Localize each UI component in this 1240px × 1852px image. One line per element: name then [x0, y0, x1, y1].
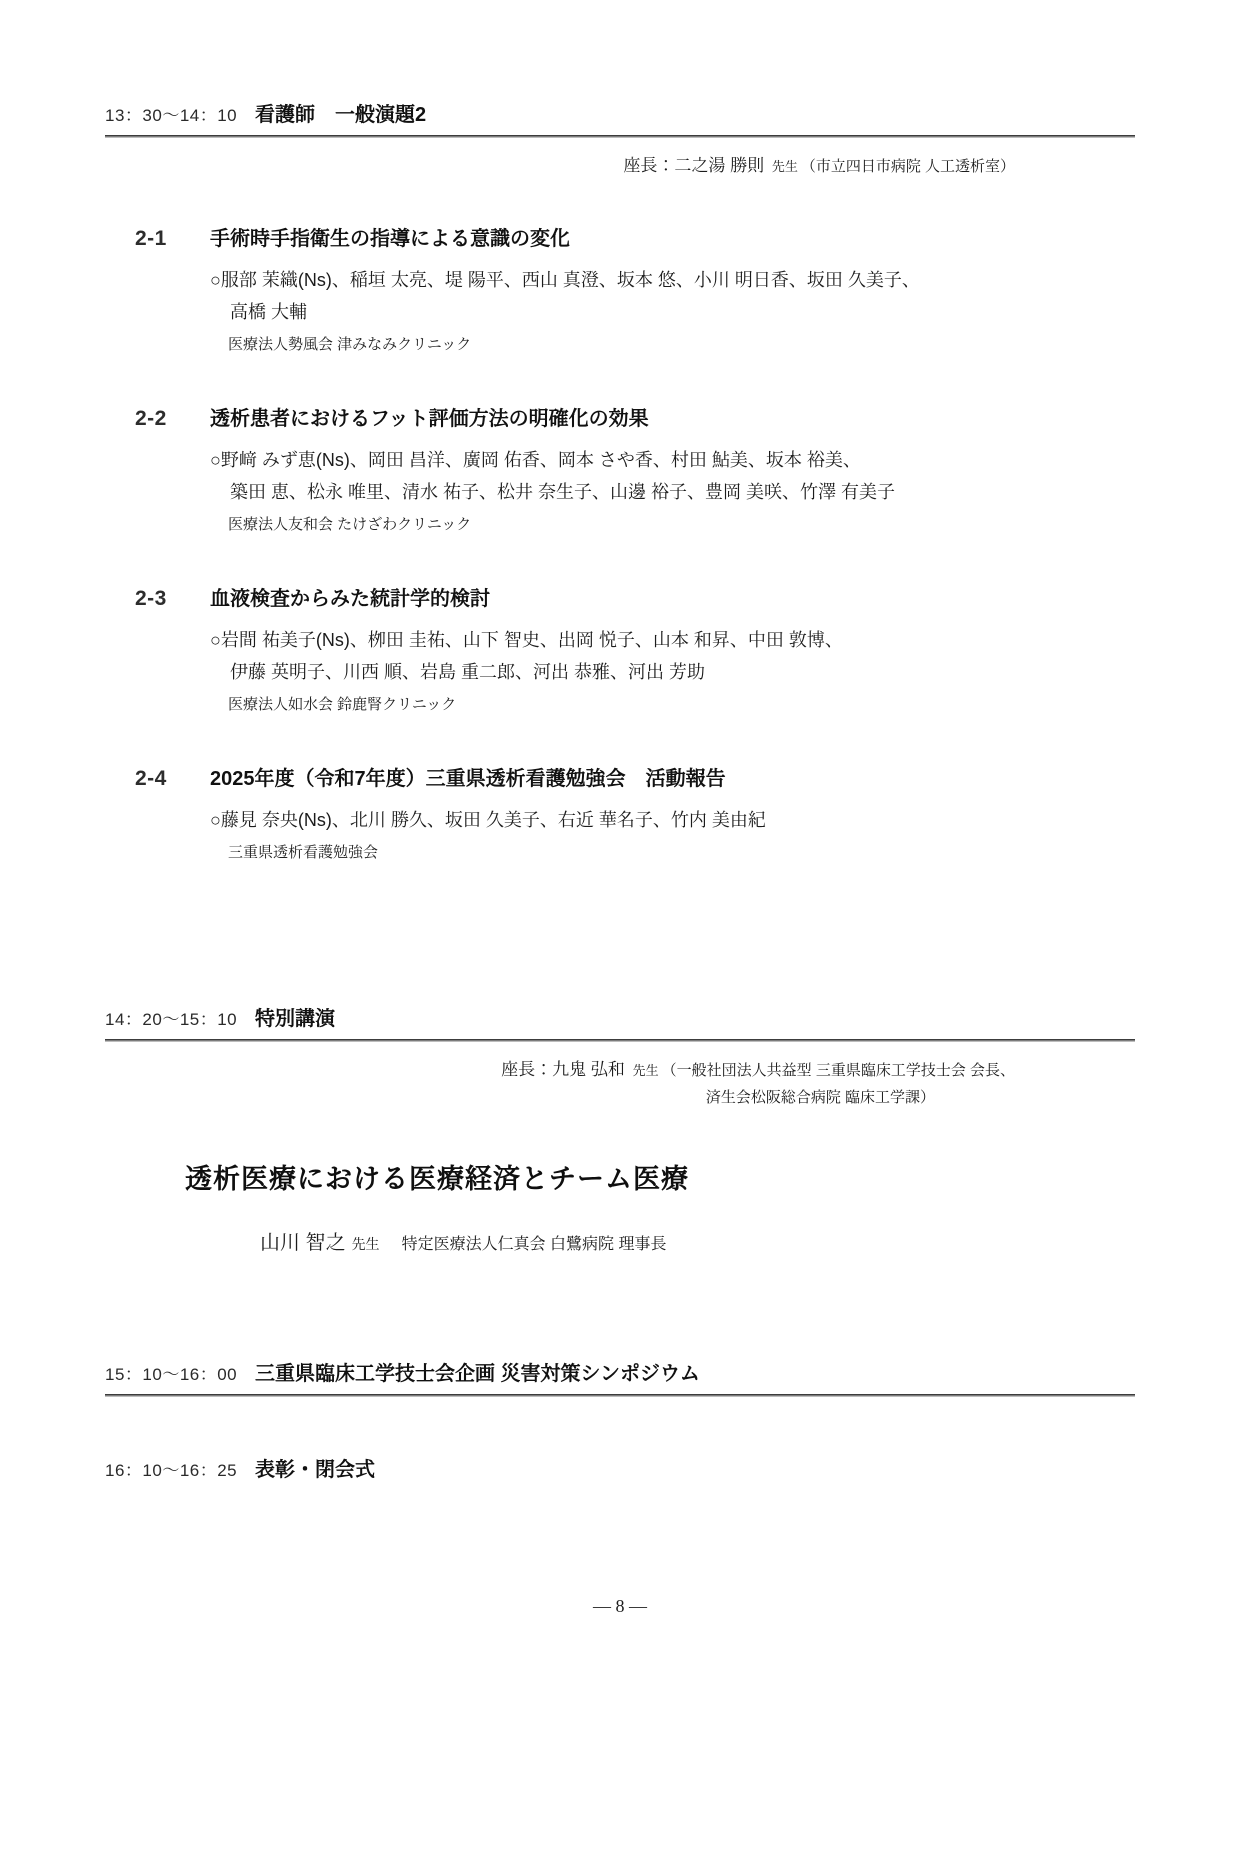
symposium-header: 15：10～16：00 三重県臨床工学技士会企画 災害対策シンポジウム: [105, 1357, 1135, 1386]
closing-header: 16：10～16：25 表彰・閉会式: [105, 1453, 1135, 1482]
presentation-title: 血液検査からみた統計学的検討: [210, 582, 490, 611]
presentation-body: ○岩間 祐美子(Ns)、栁田 圭祐、山下 智史、出岡 悦子、山本 和昇、中田 敦…: [210, 624, 1135, 714]
session-title: 三重県臨床工学技士会企画 災害対策シンポジウム: [255, 1357, 700, 1386]
chair-name: 九鬼 弘和: [552, 1060, 625, 1079]
authors-block: ○藤見 奈央(Ns)、北川 勝久、坂田 久美子、右近 華名子、竹内 美由紀: [210, 804, 1135, 836]
presentation-title: 透析患者におけるフット評価方法の明確化の効果: [210, 402, 649, 431]
session-title: 特別講演: [255, 1002, 335, 1031]
authors-line: ○藤見 奈央(Ns)、北川 勝久、坂田 久美子、右近 華名子、竹内 美由紀: [210, 804, 1135, 836]
special-lecture-chair-line: 座長：九鬼 弘和 先生（一般社団法人共益型 三重県臨床工学技士会 会長、 済生会…: [105, 1056, 1135, 1111]
authors-line: 伊藤 英明子、川西 順、岩島 重二郎、河出 恭雅、河出 芳助: [210, 656, 1135, 688]
presentation-2-3: 2-3 血液検査からみた統計学的検討 ○岩間 祐美子(Ns)、栁田 圭祐、山下 …: [135, 582, 1135, 714]
page-number: — 8 —: [0, 1596, 1240, 1617]
presentation-number: 2-1: [135, 227, 210, 251]
chair-name: 二之湯 勝則: [674, 156, 764, 175]
authors-block: ○服部 茉織(Ns)、稲垣 太亮、堤 陽平、西山 真澄、坂本 悠、小川 明日香、…: [210, 264, 1135, 328]
speaker-honorific: 先生: [352, 1236, 380, 1252]
session-time: 14：20～15：10: [105, 1005, 255, 1030]
chair-label: 座長：: [623, 156, 674, 175]
authors-block: ○岩間 祐美子(Ns)、栁田 圭祐、山下 智史、出岡 悦子、山本 和昇、中田 敦…: [210, 624, 1135, 688]
presentation-body: ○服部 茉織(Ns)、稲垣 太亮、堤 陽平、西山 真澄、坂本 悠、小川 明日香、…: [210, 264, 1135, 354]
chair-line-2: 済生会松阪総合病院 臨床工学課）: [105, 1084, 1015, 1111]
section-nurse-session: 13：30～14：10 看護師 一般演題2 座長：二之湯 勝則 先生（市立四日市…: [105, 98, 1135, 862]
special-lecture-header: 14：20～15：10 特別講演: [105, 1002, 1135, 1031]
presentation-body: ○野﨑 みず恵(Ns)、岡田 昌洋、廣岡 佑香、岡本 さや香、村田 鮎美、坂本 …: [210, 444, 1135, 534]
presentation-affiliation: 医療法人勢風会 津みなみクリニック: [228, 333, 1135, 354]
presentation-body: ○藤見 奈央(Ns)、北川 勝久、坂田 久美子、右近 華名子、竹内 美由紀 三重…: [210, 804, 1135, 862]
authors-block: ○野﨑 みず恵(Ns)、岡田 昌洋、廣岡 佑香、岡本 さや香、村田 鮎美、坂本 …: [210, 444, 1135, 508]
authors-line: ○野﨑 みず恵(Ns)、岡田 昌洋、廣岡 佑香、岡本 さや香、村田 鮎美、坂本 …: [210, 444, 1135, 476]
speaker-affiliation: 特定医療法人仁真会 白鷺病院 理事長: [402, 1236, 667, 1253]
authors-line: 築田 恵、松永 唯里、清水 祐子、松井 奈生子、山邊 裕子、豊岡 美咲、竹澤 有…: [210, 476, 1135, 508]
session-title: 表彰・閉会式: [255, 1453, 375, 1482]
section-divider: [105, 1039, 1135, 1042]
program-page: { "page": { "footer_page_number": "— 8 —…: [0, 98, 1240, 1852]
session-chair-line: 座長：二之湯 勝則 先生（市立四日市病院 人工透析室）: [105, 152, 1135, 180]
presentation-affiliation: 医療法人友和会 たけざわクリニック: [228, 513, 1135, 534]
authors-line: ○服部 茉織(Ns)、稲垣 太亮、堤 陽平、西山 真澄、坂本 悠、小川 明日香、…: [210, 264, 1135, 296]
session-time: 13：30～14：10: [105, 101, 255, 126]
presentation-head: 2-4 2025年度（令和7年度）三重県透析看護勉強会 活動報告: [135, 762, 1135, 791]
speaker-line: 山川 智之先生特定医療法人仁真会 白鷺病院 理事長: [260, 1226, 1135, 1255]
presentation-2-1: 2-1 手術時手指衛生の指導による意識の変化 ○服部 茉織(Ns)、稲垣 太亮、…: [135, 222, 1135, 354]
presentation-number: 2-4: [135, 767, 210, 791]
session-title: 看護師 一般演題2: [255, 98, 426, 127]
presentation-title: 手術時手指衛生の指導による意識の変化: [210, 222, 570, 251]
presentation-2-4: 2-4 2025年度（令和7年度）三重県透析看護勉強会 活動報告 ○藤見 奈央(…: [135, 762, 1135, 862]
session-time: 16：10～16：25: [105, 1456, 255, 1481]
presentation-number: 2-3: [135, 587, 210, 611]
program-document: 13：30～14：10 看護師 一般演題2 座長：二之湯 勝則 先生（市立四日市…: [105, 98, 1135, 1482]
authors-line: 高橋 大輔: [210, 296, 1135, 328]
nurse-session-header: 13：30～14：10 看護師 一般演題2: [105, 98, 1135, 127]
section-divider: [105, 135, 1135, 138]
presentation-affiliation: 医療法人如水会 鈴鹿腎クリニック: [228, 693, 1135, 714]
presentation-head: 2-1 手術時手指衛生の指導による意識の変化: [135, 222, 1135, 251]
chair-honorific: 先生: [772, 159, 798, 174]
session-time: 15：10～16：00: [105, 1360, 255, 1385]
section-divider: [105, 1394, 1135, 1397]
presentation-title: 2025年度（令和7年度）三重県透析看護勉強会 活動報告: [210, 762, 726, 791]
presentation-head: 2-3 血液検査からみた統計学的検討: [135, 582, 1135, 611]
presentation-number: 2-2: [135, 407, 210, 431]
presentation-head: 2-2 透析患者におけるフット評価方法の明確化の効果: [135, 402, 1135, 431]
authors-line: ○岩間 祐美子(Ns)、栁田 圭祐、山下 智史、出岡 悦子、山本 和昇、中田 敦…: [210, 624, 1135, 656]
presentation-affiliation: 三重県透析看護勉強会: [228, 841, 1135, 862]
chair-affiliation: （一般社団法人共益型 三重県臨床工学技士会 会長、: [662, 1062, 1015, 1079]
section-special-lecture: 14：20～15：10 特別講演 座長：九鬼 弘和 先生（一般社団法人共益型 三…: [105, 1002, 1135, 1255]
chair-line-1: 座長：九鬼 弘和 先生（一般社団法人共益型 三重県臨床工学技士会 会長、: [105, 1056, 1015, 1084]
section-closing: 16：10～16：25 表彰・閉会式: [105, 1453, 1135, 1482]
chair-affiliation: （市立四日市病院 人工透析室）: [801, 158, 1015, 175]
speaker-name: 山川 智之: [260, 1232, 346, 1254]
section-symposium: 15：10～16：00 三重県臨床工学技士会企画 災害対策シンポジウム: [105, 1357, 1135, 1397]
chair-honorific: 先生: [633, 1063, 659, 1078]
presentation-2-2: 2-2 透析患者におけるフット評価方法の明確化の効果 ○野﨑 みず恵(Ns)、岡…: [135, 402, 1135, 534]
lecture-title: 透析医療における医療経済とチーム医療: [185, 1157, 1135, 1196]
chair-label: 座長：: [501, 1060, 552, 1079]
presentation-list: 2-1 手術時手指衛生の指導による意識の変化 ○服部 茉織(Ns)、稲垣 太亮、…: [105, 222, 1135, 862]
